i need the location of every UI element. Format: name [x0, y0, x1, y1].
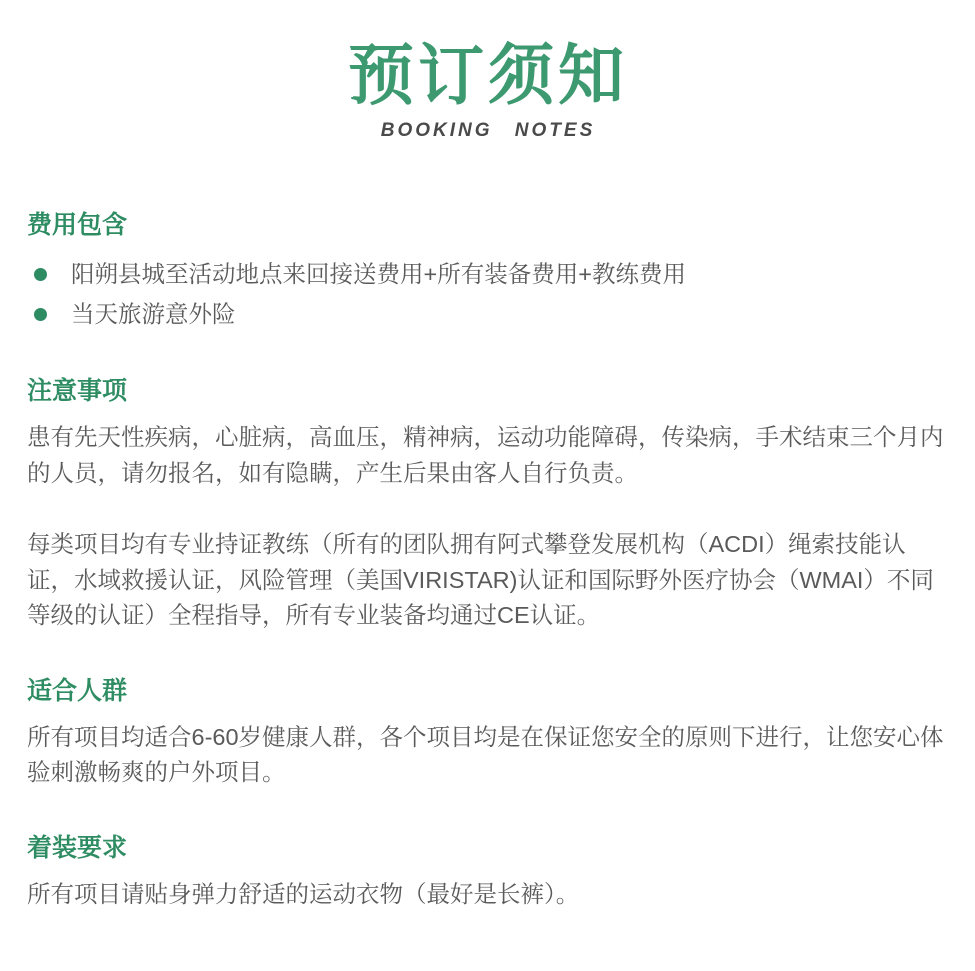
section-heading-suitable-people: 适合人群 [27, 676, 949, 706]
section-important-notes: 注意事项 患有先天性疾病，心脏病，高血压，精神病，运动功能障碍，传染病，手术结束… [27, 376, 949, 634]
list-item-text: 当天旅游意外险 [71, 294, 236, 334]
paragraph-suitable-people: 所有项目均适合6-60岁健康人群，各个项目均是在保证您安全的原则下进行，让您安心… [27, 720, 949, 791]
page-title: 预订须知 [27, 42, 949, 108]
page-subtitle: BOOKING NOTES [27, 120, 949, 142]
bullet-circle-icon [34, 308, 47, 321]
paragraph-health-restrictions: 患有先天性疾病，心脏病，高血压，精神病，运动功能障碍，传染病，手术结束三个月内的… [27, 420, 949, 491]
paragraph-instructor-certifications: 每类项目均有专业持证教练（所有的团队拥有阿式攀登发展机构（ACDI）绳索技能认证… [27, 527, 949, 634]
section-dress-requirements: 着装要求 所有项目请贴身弹力舒适的运动衣物（最好是长裤）。 [27, 833, 949, 913]
section-suitable-people: 适合人群 所有项目均适合6-60岁健康人群，各个项目均是在保证您安全的原则下进行… [27, 676, 949, 791]
list-item-text: 阳朔县城至活动地点来回接送费用+所有装备费用+教练费用 [71, 254, 686, 294]
section-heading-dress-requirements: 着装要求 [27, 833, 949, 863]
booking-notes-page: 预订须知 BOOKING NOTES 费用包含 阳朔县城至活动地点来回接送费用+… [0, 0, 975, 971]
list-item: 阳朔县城至活动地点来回接送费用+所有装备费用+教练费用 [27, 254, 949, 294]
section-heading-fees-included: 费用包含 [27, 210, 949, 240]
page-header: 预订须知 BOOKING NOTES [27, 42, 949, 142]
paragraph-dress-requirements: 所有项目请贴身弹力舒适的运动衣物（最好是长裤）。 [27, 877, 949, 913]
fees-included-list: 阳朔县城至活动地点来回接送费用+所有装备费用+教练费用 当天旅游意外险 [27, 254, 949, 334]
section-heading-important-notes: 注意事项 [27, 376, 949, 406]
list-item: 当天旅游意外险 [27, 294, 949, 334]
bullet-circle-icon [34, 268, 47, 281]
section-fees-included: 费用包含 阳朔县城至活动地点来回接送费用+所有装备费用+教练费用 当天旅游意外险 [27, 210, 949, 334]
